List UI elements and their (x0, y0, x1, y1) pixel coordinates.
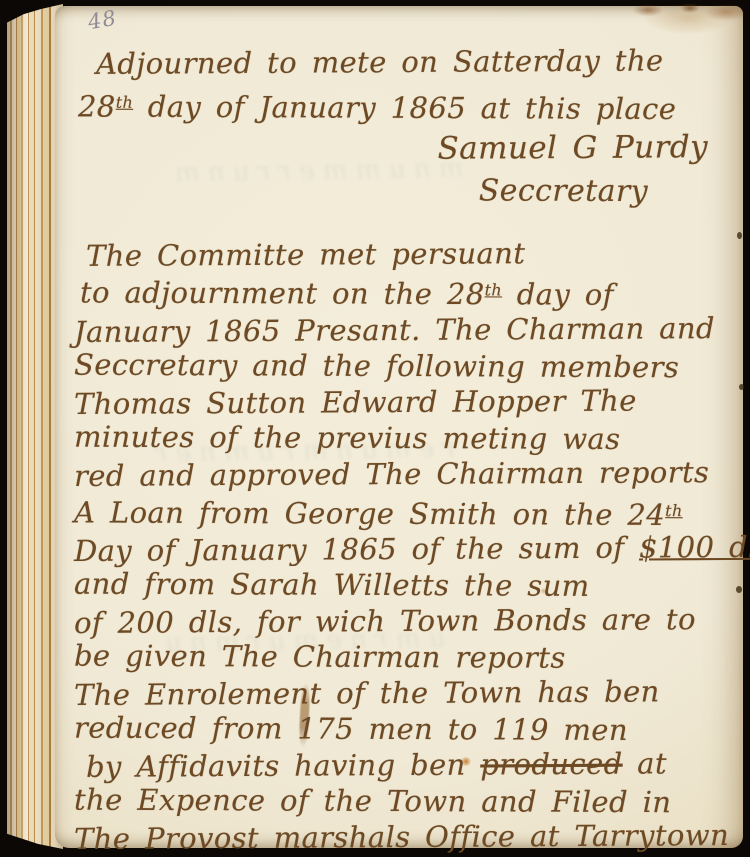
manuscript-line: Samuel G Purdy (72, 127, 730, 172)
manuscript-segment-sup: th (485, 280, 503, 299)
manuscript-line: Seccretary (72, 168, 730, 212)
manuscript-line: The Enrolement of the Town has ben (72, 673, 730, 713)
manuscript-segment: Samuel G Purdy (437, 129, 708, 167)
manuscript-line: Thomas Sutton Edward Hopper The (72, 382, 730, 422)
page-number: 48 (86, 6, 118, 35)
book-photo-background: m n u m m e r r u n m r e m u n m r u m … (0, 0, 750, 857)
manuscript-segment: Seccretary (479, 173, 648, 209)
manuscript-line: Seccretary and the following members (72, 346, 730, 385)
manuscript-line: The Committe met persuant (72, 234, 730, 274)
manuscript-segment: the Expence of the Town and Filed in (74, 783, 672, 820)
manuscript-line: A Loan from George Smith on the 24th (72, 490, 730, 533)
gutter-speck (737, 232, 742, 239)
manuscript-line: to adjournment on the 28th day of (72, 270, 730, 313)
manuscript-line: minutes of the previus meting was (72, 418, 730, 457)
manuscript-segment-sup: th (116, 93, 134, 112)
manuscript-line: January 1865 Presant. The Charman and (72, 310, 730, 350)
manuscript-segment: to adjournment on the 28 (80, 275, 485, 311)
manuscript-segment: minutes of the previus meting was (74, 419, 621, 455)
manuscript-segment: The Enrolement of the Town has ben (74, 675, 660, 713)
manuscript-text: Adjourned to mete on Satterday the28th d… (72, 42, 730, 855)
manuscript-line: of 200 dls, for wich Town Bonds are to (72, 601, 730, 641)
manuscript-segment: at (623, 747, 668, 781)
manuscript-segment: January 1865 Presant. The Charman and (74, 311, 715, 349)
manuscript-segment: by Affidavits having ben (86, 748, 481, 784)
manuscript-line: the Expence of the Town and Filed in (72, 782, 730, 821)
manuscript-segment: Thomas Sutton Edward Hopper The (74, 383, 637, 420)
manuscript-line: Adjourned to mete on Satterday the (72, 40, 730, 85)
manuscript-segment-strike: produced (480, 747, 623, 782)
manuscript-segment: be given The Chairman reports (74, 639, 566, 675)
manuscript-line: red and approved The Chairman reports (72, 454, 730, 494)
manuscript-segment: day of January 1865 at this place (133, 90, 676, 126)
manuscript-segment: of 200 dls, for wich Town Bonds are to (74, 602, 696, 640)
manuscript-line: The Provost marshals Office at Tarrytown (72, 817, 730, 857)
gutter-speck (739, 384, 744, 390)
manuscript-segment-sup: th (665, 501, 683, 520)
manuscript-segment: Adjourned to mete on Satterday the (96, 43, 664, 80)
manuscript-segment-underline: $100 dls (639, 530, 750, 565)
manuscript-segment: A Loan from George Smith on the 24 (74, 495, 665, 532)
manuscript-segment: day of (502, 277, 614, 311)
manuscript-line: be given The Chairman reports (72, 638, 730, 677)
manuscript-segment: Seccretary and the following members (74, 347, 679, 384)
manuscript-segment: reduced from 175 men to 119 men (74, 711, 628, 747)
manuscript-segment: The Committe met persuant (86, 236, 526, 273)
manuscript-segment: red and approved The Chairman reports (74, 455, 709, 493)
manuscript-line: by Affidavits having ben produced at (72, 745, 730, 785)
manuscript-line: 28th day of January 1865 at this place (72, 82, 730, 131)
manuscript-segment: 28 (78, 89, 116, 123)
manuscript-line: and from Sarah Willetts the sum (72, 566, 730, 605)
manuscript-segment: Day of January 1865 of the sum of (74, 531, 639, 568)
manuscript-line: reduced from 175 men to 119 men (72, 710, 730, 749)
manuscript-segment: The Provost marshals Office at Tarrytown (74, 818, 729, 856)
manuscript-line: Day of January 1865 of the sum of $100 d… (72, 529, 730, 569)
gutter-speck (736, 586, 742, 593)
manuscript-segment: and from Sarah Willetts the sum (74, 567, 590, 603)
